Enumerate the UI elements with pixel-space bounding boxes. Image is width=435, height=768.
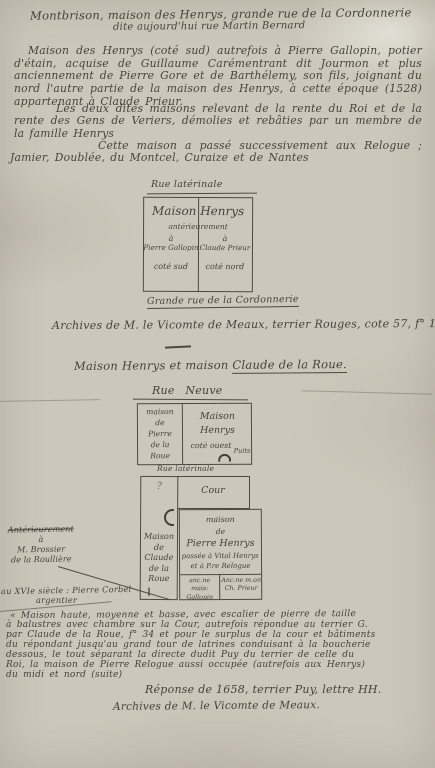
plan1-left-owner: Pierre Gallopin [141, 243, 201, 252]
plan1-left-side: coté sud [144, 262, 198, 271]
section-divider-dash [165, 345, 191, 348]
pierre-cell-line: et à P.re Relogue [180, 562, 261, 570]
plan1-house-title: Maison Henrys [144, 204, 252, 218]
plan2-street-mid-label: Rue latérinale [157, 464, 214, 473]
sub-right-line: Ch. Prieur [219, 585, 263, 594]
roue-cell-line: de [138, 417, 182, 428]
heading2-plain: Maison Henrys et maison [74, 358, 233, 373]
archive-source-2: Archives de M. le Vicomte de Meaux. [113, 699, 320, 713]
quote-line: Roi, la maison de Pierre Relogue aussi o… [6, 660, 365, 670]
plan2-claude-cell: Maison de Claude de la Roue [141, 531, 177, 584]
pierre-cell-line: Pierre Henrys [180, 538, 261, 549]
claude-cell-line: Maison [141, 531, 177, 542]
pencil-line-right [302, 390, 432, 395]
claude-cell-line: de la [141, 563, 177, 574]
plan1-left-a: à [144, 234, 198, 243]
pencil-line-left [0, 399, 100, 402]
intro-paragraph-3: Cette maison a passé successivement aux … [10, 140, 422, 165]
plan2-margin-note-1: Antérieurement à M. Brossier de la Roull… [2, 523, 81, 564]
well-puits-symbol [218, 454, 231, 462]
quote-line: dessous, le tout séparant la directe dud… [6, 650, 354, 660]
plan2-sub-row-divider [180, 574, 261, 576]
plan2-margin-note-2b: argentier [36, 595, 77, 605]
plan1-right-side: coté nord [198, 262, 252, 271]
plan2-cour-label: Cour [177, 485, 249, 496]
plan1-street-top-underline [147, 193, 257, 195]
manuscript-page: Montbrison, maison des Henrys, grande ru… [0, 0, 435, 768]
quote-line: du midi et nord (suite) [6, 670, 122, 680]
roue-cell-line: Pierre [138, 428, 182, 439]
claude-cell-line: de [141, 541, 177, 552]
pierre-cell-line: de [180, 527, 261, 536]
plan2-pierre-henrys-house: maison de Pierre Henrys passée à Vital H… [179, 509, 262, 600]
plan1-right-a: à [198, 234, 252, 243]
roue-cell-line: Roue [138, 450, 182, 461]
section-heading-2: Maison Henrys et maison Claude de la Rou… [74, 357, 347, 373]
plan1-house-subtitle: antérieurement [144, 222, 252, 231]
pierre-cell-line: passée à Vital Henrys [178, 552, 262, 560]
plan1-street-bottom-label: Grande rue de la Cordonnerie [147, 294, 299, 309]
intro-paragraph-1: Maison des Henrys (coté sud) autrefois à… [14, 45, 422, 109]
plan2-henrys-cell-title1: Maison [182, 411, 253, 422]
plan2-upper-block: maison de Pierre de la Roue Maison Henry… [137, 403, 252, 466]
plan2-sub-right-cell: Anc.ne m.on Ch. Prieur [219, 577, 263, 594]
plan1-right-owner: Claude Prieur [195, 243, 255, 252]
sub-right-line: Anc.ne m.on [219, 577, 263, 586]
quote-line: à balustres avec chambre sur la Cour, au… [6, 620, 368, 630]
sub-left-line: Gallopin [180, 594, 219, 603]
claude-cell-line: Claude [141, 552, 177, 563]
roue-cell-line: de la [138, 439, 182, 450]
roue-cell-line: maison [138, 406, 182, 417]
sub-left-line: anc.ne mais: [180, 577, 219, 594]
page-subtitle: dite aujourd'hui rue Martin Bernard [113, 20, 305, 33]
plan2-street-top-label: Rue Neuve [152, 384, 223, 397]
plan2-claude-strip: ? Maison de Claude de la Roue [140, 476, 179, 600]
stair-turret-symbol [164, 509, 174, 526]
plan2-henrys-cell-title2: Henrys [182, 425, 253, 436]
archive-source-1: Archives de M. le Vicomte de Meaux, terr… [52, 317, 435, 332]
plan2-street-top-underline [133, 399, 248, 401]
plan2-cour-cell: Cour [177, 476, 250, 509]
quote-line: du répondant jusqu'au grand tour de latr… [6, 640, 371, 650]
intro-paragraph-2: Les deux dites maisons relevant de la re… [14, 103, 422, 140]
pierre-cell-line: maison [180, 515, 261, 524]
plan1-street-top-label: Rue latérinale [151, 179, 223, 190]
claude-cell-line: Roue [141, 573, 177, 584]
plan2-roue-cell: maison de Pierre de la Roue [138, 406, 182, 461]
margin1-line: de la Roullière [2, 553, 80, 564]
quote-line: par Claude de la Roue, f° 34 et pour le … [6, 630, 375, 640]
plan2-sub-left-cell: anc.ne mais: Gallopin [180, 577, 219, 602]
plan2-well-label: Puits [231, 447, 253, 455]
heading2-underlined: Claude de la Roue. [232, 357, 347, 374]
plan2-claude-pen-mark: ? [141, 481, 177, 492]
plan1-house-plan: Maison Henrys antérieurement à Pierre Ga… [143, 197, 253, 292]
margin1-line-struck: Antérieurement [2, 523, 80, 534]
terrier-reference: Réponse de 1658, terrier Puy, lettre HH. [145, 683, 382, 696]
strip-pen-mark: ‖ [147, 587, 151, 596]
